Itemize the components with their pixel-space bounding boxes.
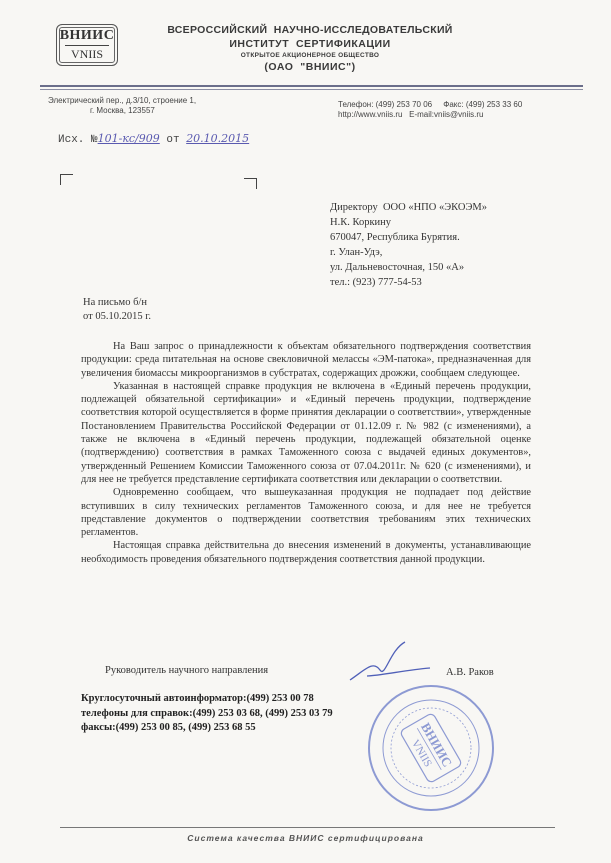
recipient-block: Директору ООО «НПО «ЭКОЭМ» Н.К. Коркину … (330, 200, 487, 290)
handwritten-signature-icon (345, 640, 435, 685)
recipient-line: ул. Дальневосточная, 150 «А» (330, 260, 487, 275)
quality-footer: Система качества ВНИИС сертифицирована (0, 833, 611, 843)
org-type: ОТКРЫТОЕ АКЦИОНЕРНОЕ ОБЩЕСТВО (140, 52, 480, 59)
vniis-logo: ВНИИС VNIIS (56, 24, 118, 66)
recipient-line: Директору ООО «НПО «ЭКОЭМ» (330, 200, 487, 215)
address-line-1: Электрический пер., д.3/10, строение 1, (48, 96, 196, 106)
header-divider-thin (40, 89, 583, 90)
org-contacts: Телефон: (499) 253 70 06 Факс: (499) 253… (338, 100, 522, 120)
basis-line-1: На письмо б/н (83, 296, 151, 310)
recipient-line: тел.: (923) 777-54-53 (330, 275, 487, 290)
address-corner-mark-right (244, 178, 257, 189)
signatory-title: Руководитель научного направления (105, 665, 268, 676)
org-website[interactable]: http://www.vniis.ru (338, 110, 402, 119)
address-line-2: г. Москва, 123557 (48, 106, 196, 116)
basis-line-2: от 05.10.2015 г. (83, 310, 151, 324)
in-reply-to: На письмо б/н от 05.10.2015 г. (83, 296, 151, 324)
footer-divider (60, 827, 555, 828)
address-corner-mark-left (60, 174, 73, 185)
org-email[interactable]: E-mail:vniis@vniis.ru (409, 110, 483, 119)
ref-prefix: Исх. № (58, 134, 98, 146)
ref-number: 101-кс/909 (98, 132, 160, 145)
fax-numbers: факсы:(499) 253 00 85, (499) 253 68 55 (81, 721, 333, 736)
recipient-line: 670047, Республика Бурятия. (330, 230, 487, 245)
outgoing-reference: Исх. №101-кс/909 от 20.10.2015 (58, 132, 249, 146)
body-paragraph: На Ваш запрос о принадлежности к объекта… (81, 340, 531, 380)
autoinformer-phone: Круглосуточный автоинформатор:(499) 253 … (81, 692, 333, 707)
org-address: Электрический пер., д.3/10, строение 1, … (48, 96, 196, 116)
signatory-name: А.В. Раков (446, 667, 494, 678)
body-paragraph: Настоящая справка действительна до внесе… (81, 539, 531, 566)
org-phone: Телефон: (499) 253 70 06 (338, 100, 432, 109)
org-fax: Факс: (499) 253 33 60 (443, 100, 522, 109)
body-paragraph: Одновременно сообщаем, что вышеуказанная… (81, 486, 531, 539)
org-name-line1: ВСЕРОССИЙСКИЙ НАУЧНО-ИССЛЕДОВАТЕЛЬСКИЙ (140, 24, 480, 36)
logo-text-en: VNIIS (57, 47, 117, 61)
recipient-line: г. Улан-Удэ, (330, 245, 487, 260)
contact-info: Круглосуточный автоинформатор:(499) 253 … (81, 692, 333, 736)
org-short-name: (ОАО "ВНИИС") (140, 61, 480, 73)
logo-divider (65, 45, 109, 46)
inquiry-phones: телефоны для справок:(499) 253 03 68, (4… (81, 707, 333, 722)
letter-body: На Ваш запрос о принадлежности к объекта… (81, 340, 531, 566)
body-paragraph: Указанная в настоящей справке продукция … (81, 380, 531, 486)
header-divider (40, 85, 583, 87)
org-name-line2: ИНСТИТУТ СЕРТИФИКАЦИИ (140, 38, 480, 50)
recipient-line: Н.К. Коркину (330, 215, 487, 230)
ref-date: 20.10.2015 (186, 132, 249, 145)
logo-text-ru: ВНИИС (57, 28, 117, 44)
ref-date-prefix: от (166, 134, 179, 146)
official-stamp-icon: ВНИИС VNIIS (366, 683, 496, 813)
